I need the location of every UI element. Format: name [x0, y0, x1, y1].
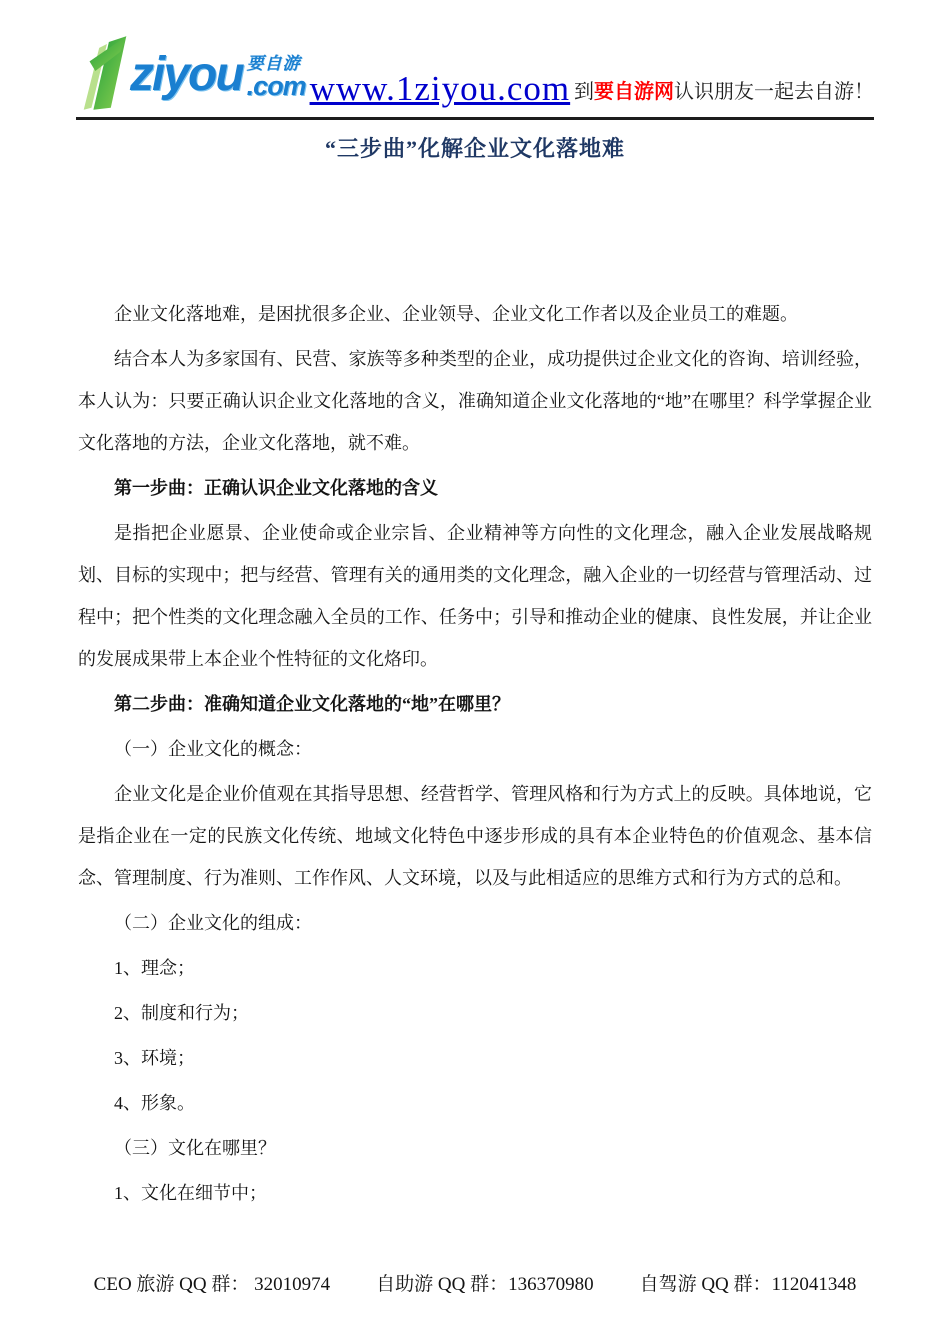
document-page: ziyou 要自游 .com www.1ziyou.com 到要自游网认识朋友一…	[0, 0, 950, 1344]
tagline-highlight: 要自游网	[594, 81, 674, 103]
logo-right-block: 要自游 .com	[247, 54, 306, 100]
body-paragraph: （三）文化在哪里？	[78, 1127, 872, 1169]
body-paragraph: 企业文化落地难，是困扰很多企业、企业领导、企业文化工作者以及企业员工的难题。	[78, 293, 872, 335]
logo-com-text: .com	[247, 73, 306, 100]
page-header: ziyou 要自游 .com www.1ziyou.com 到要自游网认识朋友一…	[76, 24, 874, 120]
footer-qq-group-ceo: CEO 旅游 QQ 群： 32010974	[94, 1269, 330, 1296]
document-title: “三步曲”化解企业文化落地难	[0, 132, 950, 163]
body-paragraph: 结合本人为多家国有、民营、家族等多种类型的企业，成功提供过企业文化的咨询、培训经…	[78, 338, 872, 464]
site-logo[interactable]: ziyou 要自游 .com	[76, 30, 306, 114]
tagline-suffix: 认识朋友一起去自游！	[674, 81, 874, 103]
section-heading: 第二步曲：准确知道企业文化落地的“地”在哪里？	[78, 683, 872, 725]
body-paragraph: 1、理念；	[78, 947, 872, 989]
section-heading: 第一步曲：正确认识企业文化落地的含义	[78, 467, 872, 509]
logo-ziyou-text: ziyou	[130, 51, 243, 99]
document-body: 企业文化落地难，是困扰很多企业、企业领导、企业文化工作者以及企业员工的难题。结合…	[0, 163, 950, 1214]
body-paragraph: 1、文化在细节中；	[78, 1172, 872, 1214]
body-paragraph: （二）企业文化的组成：	[78, 902, 872, 944]
body-paragraph: 企业文化是企业价值观在其指导思想、经营哲学、管理风格和行为方式上的反映。具体地说…	[78, 773, 872, 899]
header-tagline: 到要自游网认识朋友一起去自游！	[574, 80, 874, 104]
footer-qq-group-zijia: 自驾游 QQ 群：112041348	[640, 1269, 857, 1296]
logo-number-one-icon	[76, 32, 134, 112]
page-footer: CEO 旅游 QQ 群： 32010974 自助游 QQ 群：136370980…	[78, 1269, 872, 1296]
body-paragraph: 是指把企业愿景、企业使命或企业宗旨、企业精神等方向性的文化理念，融入企业发展战略…	[78, 512, 872, 680]
body-paragraph: 2、制度和行为；	[78, 992, 872, 1034]
tagline-prefix: 到	[574, 81, 594, 103]
body-paragraph: （一）企业文化的概念：	[78, 728, 872, 770]
body-paragraph: 3、环境；	[78, 1037, 872, 1079]
body-paragraph: 4、形象。	[78, 1082, 872, 1124]
footer-qq-group-zizhu: 自助游 QQ 群：136370980	[376, 1269, 593, 1296]
site-url-link[interactable]: www.1ziyou.com	[310, 70, 571, 108]
